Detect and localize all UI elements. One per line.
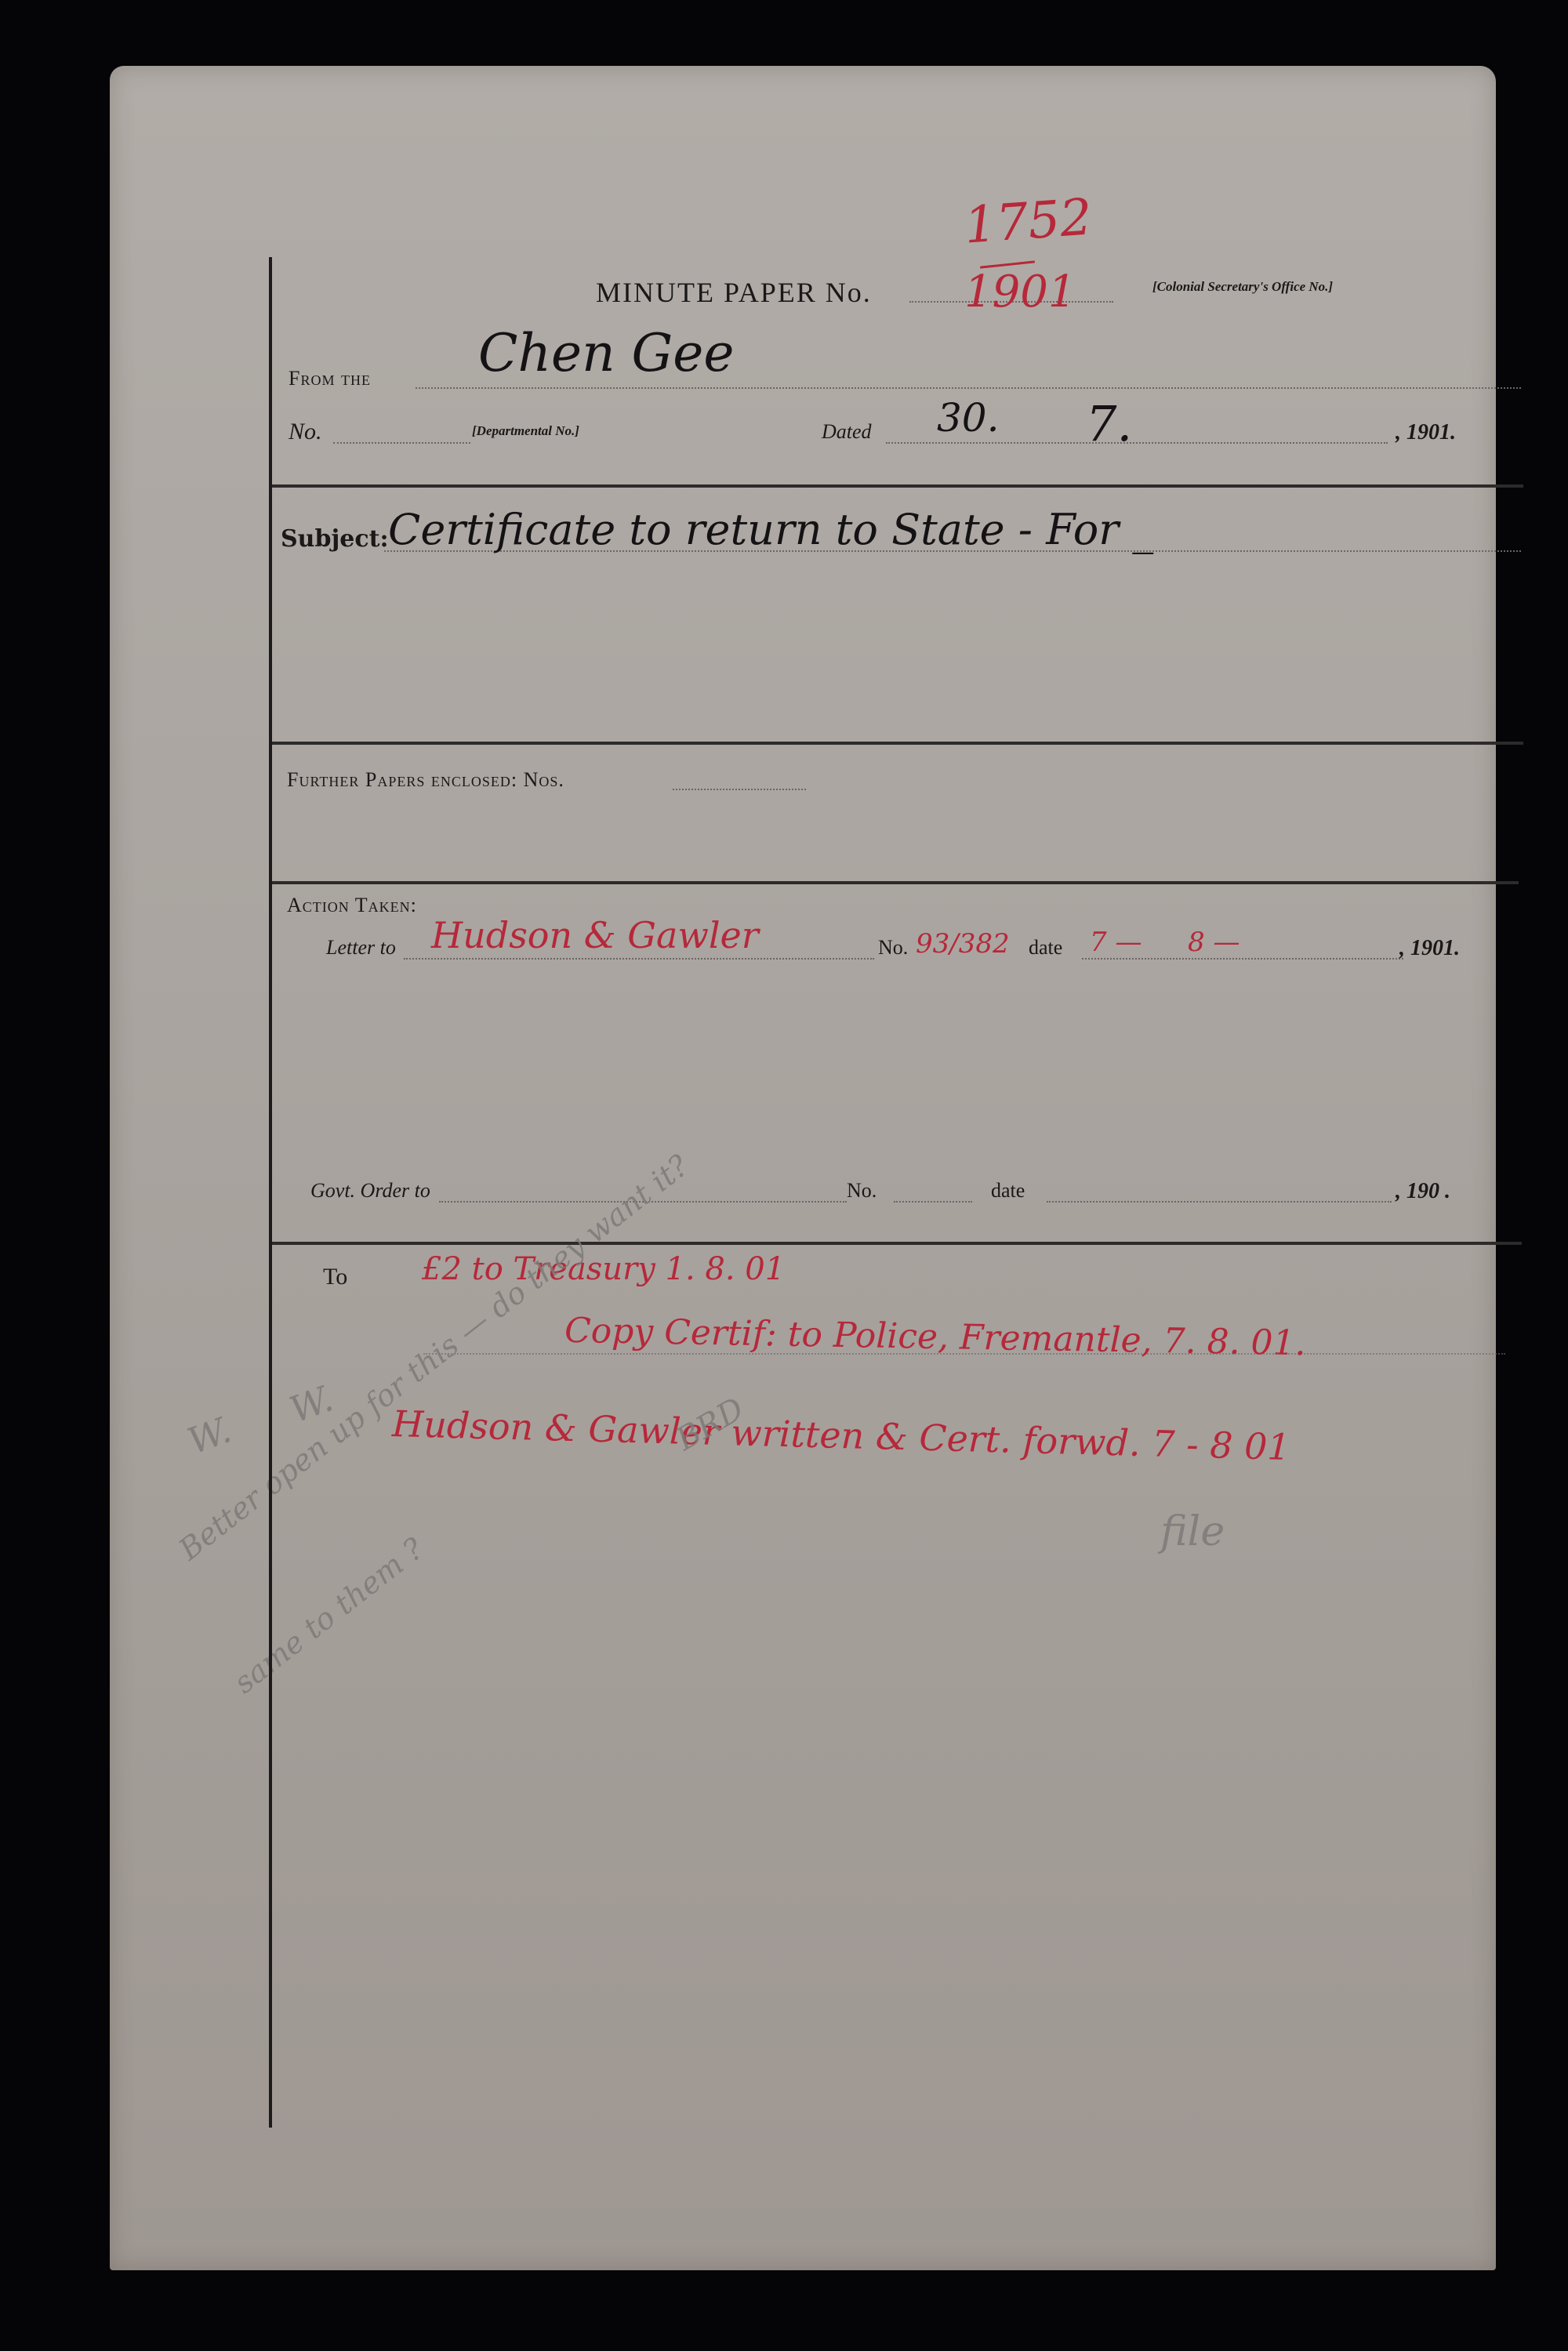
- section-divider-4: [272, 1242, 1522, 1245]
- minute-no-bottom: 1901: [964, 267, 1076, 317]
- further-papers-label: Further Papers enclosed: Nos.: [287, 768, 564, 792]
- dated-dotted-line: [886, 442, 1388, 444]
- further-papers-dotted-line: [673, 789, 806, 790]
- letter-date-label: date: [1029, 936, 1062, 960]
- pencil-note-better: Better open up for this — do they want i…: [172, 1148, 695, 1566]
- letter-date-day: 7 —: [1090, 927, 1142, 958]
- dated-month: 7.: [1086, 395, 1132, 452]
- form-title: MINUTE PAPER No.: [596, 276, 872, 309]
- subject-label: Subject:: [281, 525, 389, 553]
- from-label: From the: [289, 367, 371, 390]
- govt-order-label: Govt. Order to: [310, 1179, 430, 1203]
- no-label: No.: [289, 419, 322, 445]
- govt-date-dotted-line: [1047, 1201, 1392, 1203]
- dated-year: , 1901.: [1396, 420, 1456, 445]
- letter-to-value: Hudson & Gawler: [431, 914, 759, 956]
- pencil-note-same: same to them ?: [227, 1531, 430, 1700]
- letter-to-label: Letter to: [326, 936, 396, 960]
- no-dotted-line: [333, 442, 470, 444]
- dated-day: 30.: [937, 395, 1000, 441]
- office-no-note: [Colonial Secretary's Office No.]: [1152, 279, 1333, 295]
- to-label: To: [323, 1264, 347, 1290]
- govt-date-label: date: [991, 1179, 1025, 1203]
- letter-no-value: 93/382: [916, 928, 1010, 960]
- dated-label: Dated: [822, 420, 872, 444]
- govt-no-dotted-line: [894, 1201, 972, 1203]
- govt-year: , 190 .: [1396, 1179, 1450, 1204]
- from-dotted-line: [416, 387, 1521, 389]
- to-line-treasury: £2 to Treasury 1. 8. 01: [422, 1251, 785, 1287]
- minute-paper-sheet: MINUTE PAPER No. [Colonial Secretary's O…: [110, 66, 1496, 2270]
- margin-vertical-rule: [269, 257, 272, 2128]
- file-note: file: [1160, 1508, 1225, 1555]
- departmental-no-note: [Departmental No.]: [472, 423, 579, 439]
- letter-no-label: No.: [878, 936, 908, 960]
- letter-date-year: , 1901.: [1399, 936, 1460, 961]
- action-taken-label: Action Taken:: [287, 894, 417, 917]
- govt-no-label: No.: [847, 1179, 877, 1203]
- pencil-note-w1: W.: [182, 1408, 236, 1462]
- section-divider-3: [272, 881, 1519, 884]
- section-divider-1: [272, 484, 1523, 488]
- to-line-hudson-gawler: Hudson & Gawler written & Cert. forwd. 7…: [391, 1402, 1290, 1468]
- section-divider-2: [272, 742, 1523, 745]
- subject-value: Certificate to return to State - For _: [388, 505, 1153, 554]
- letter-date-month: 8 —: [1188, 927, 1240, 958]
- from-value: Chen Gee: [478, 323, 734, 383]
- to-line-copy-certif: Copy Certif: to Police, Fremantle, 7. 8.…: [564, 1311, 1306, 1363]
- letter-date-dotted-line: [1082, 958, 1403, 960]
- letter-to-dotted-line: [404, 958, 874, 960]
- minute-no-top: 1752: [963, 188, 1094, 255]
